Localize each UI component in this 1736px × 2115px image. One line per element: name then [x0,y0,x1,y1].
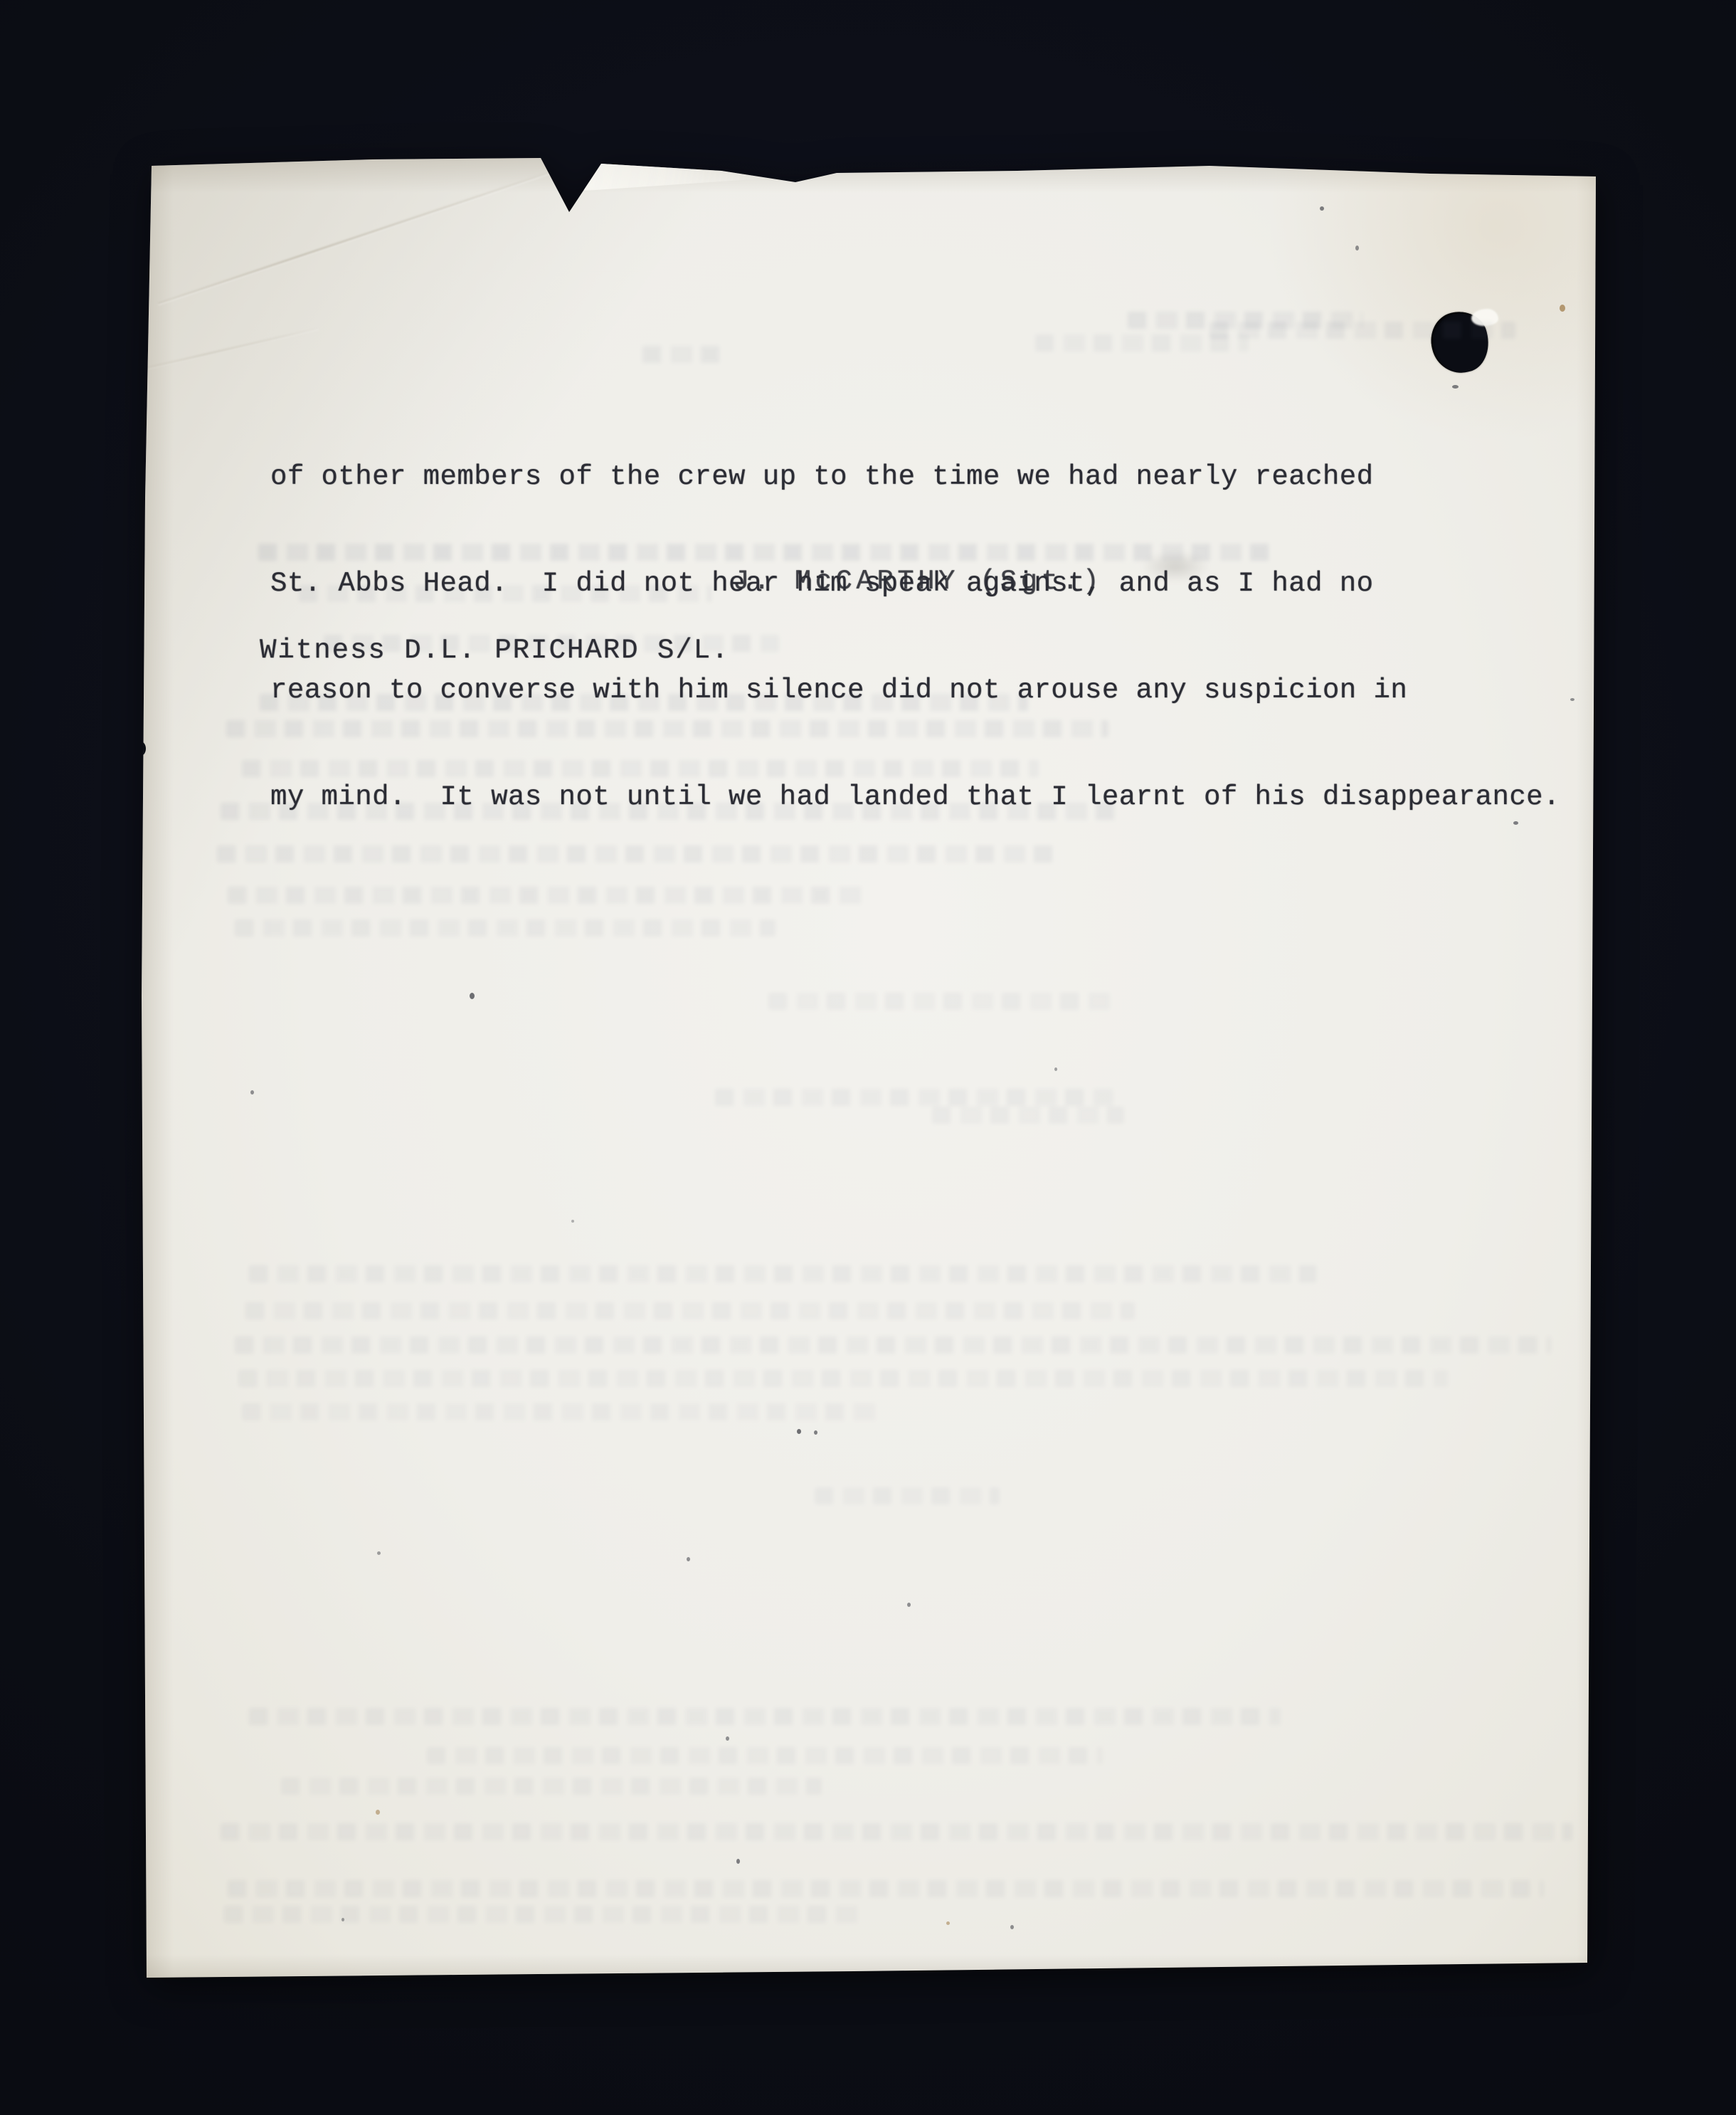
bleedthrough-line [228,887,868,904]
bleedthrough-line [249,1708,1281,1725]
bleedthrough-line [815,1487,1000,1504]
bleedthrough-line [768,993,1110,1010]
paper-speck [1054,1067,1057,1071]
witness-line: Witness D.L. PRICHARD S/L. [260,633,730,668]
bleedthrough-line [932,1107,1124,1124]
bleedthrough-line [245,1302,1135,1319]
paper-speck [377,1551,381,1555]
bleedthrough-line [221,1823,1572,1840]
signature-line: J. McCARTHY (Sgt.) [733,564,1103,599]
bleedthrough-line [224,1906,864,1923]
paper-speck [1355,246,1359,250]
paper-speck [1570,698,1574,701]
paper-speck [736,1859,740,1864]
paper-shadow: of other members of the crew up to the t… [0,0,1736,2115]
paper-speck [571,1220,574,1223]
paragraph-line-1: of other members of the crew up to the t… [270,459,1560,495]
paper-speck [687,1557,690,1561]
paragraph-line-3: reason to converse with him silence did … [270,673,1560,708]
paper-speck [1010,1925,1014,1929]
paper-speck [726,1736,729,1741]
bleedthrough-line [1210,322,1515,339]
paragraph-line-4: my mind. It was not until we had landed … [270,779,1560,815]
crease-line [158,166,566,304]
scan-background: of other members of the crew up to the t… [0,0,1736,2115]
bleedthrough-line [642,346,721,363]
left-edge-nick [137,742,146,756]
paper-speck [250,1090,254,1095]
tear-notch-fibers [566,158,801,191]
crease-line-faint [145,327,319,369]
bleedthrough-line [281,1778,822,1795]
paper-speck [376,1810,380,1815]
bleedthrough-line [238,1370,1448,1387]
paper-speck [1320,206,1324,211]
paper-speck [1560,305,1565,312]
paper-speck [470,993,475,999]
bleedthrough-line [427,1747,1103,1764]
bleedthrough-line [235,919,776,937]
paper-speck [342,1918,344,1921]
paper-sheet: of other members of the crew up to the t… [139,154,1598,1980]
bleedthrough-line [242,1403,882,1420]
paper-speck [814,1430,817,1435]
bleedthrough-line [1035,334,1249,352]
bleedthrough-line [715,1089,1113,1106]
paper-speck [797,1429,801,1434]
bleedthrough-line [235,1336,1551,1354]
paper-speck [907,1603,911,1607]
paper-speck [946,1921,950,1925]
bleedthrough-line [228,1880,1544,1897]
bleedthrough-line [249,1265,1316,1282]
